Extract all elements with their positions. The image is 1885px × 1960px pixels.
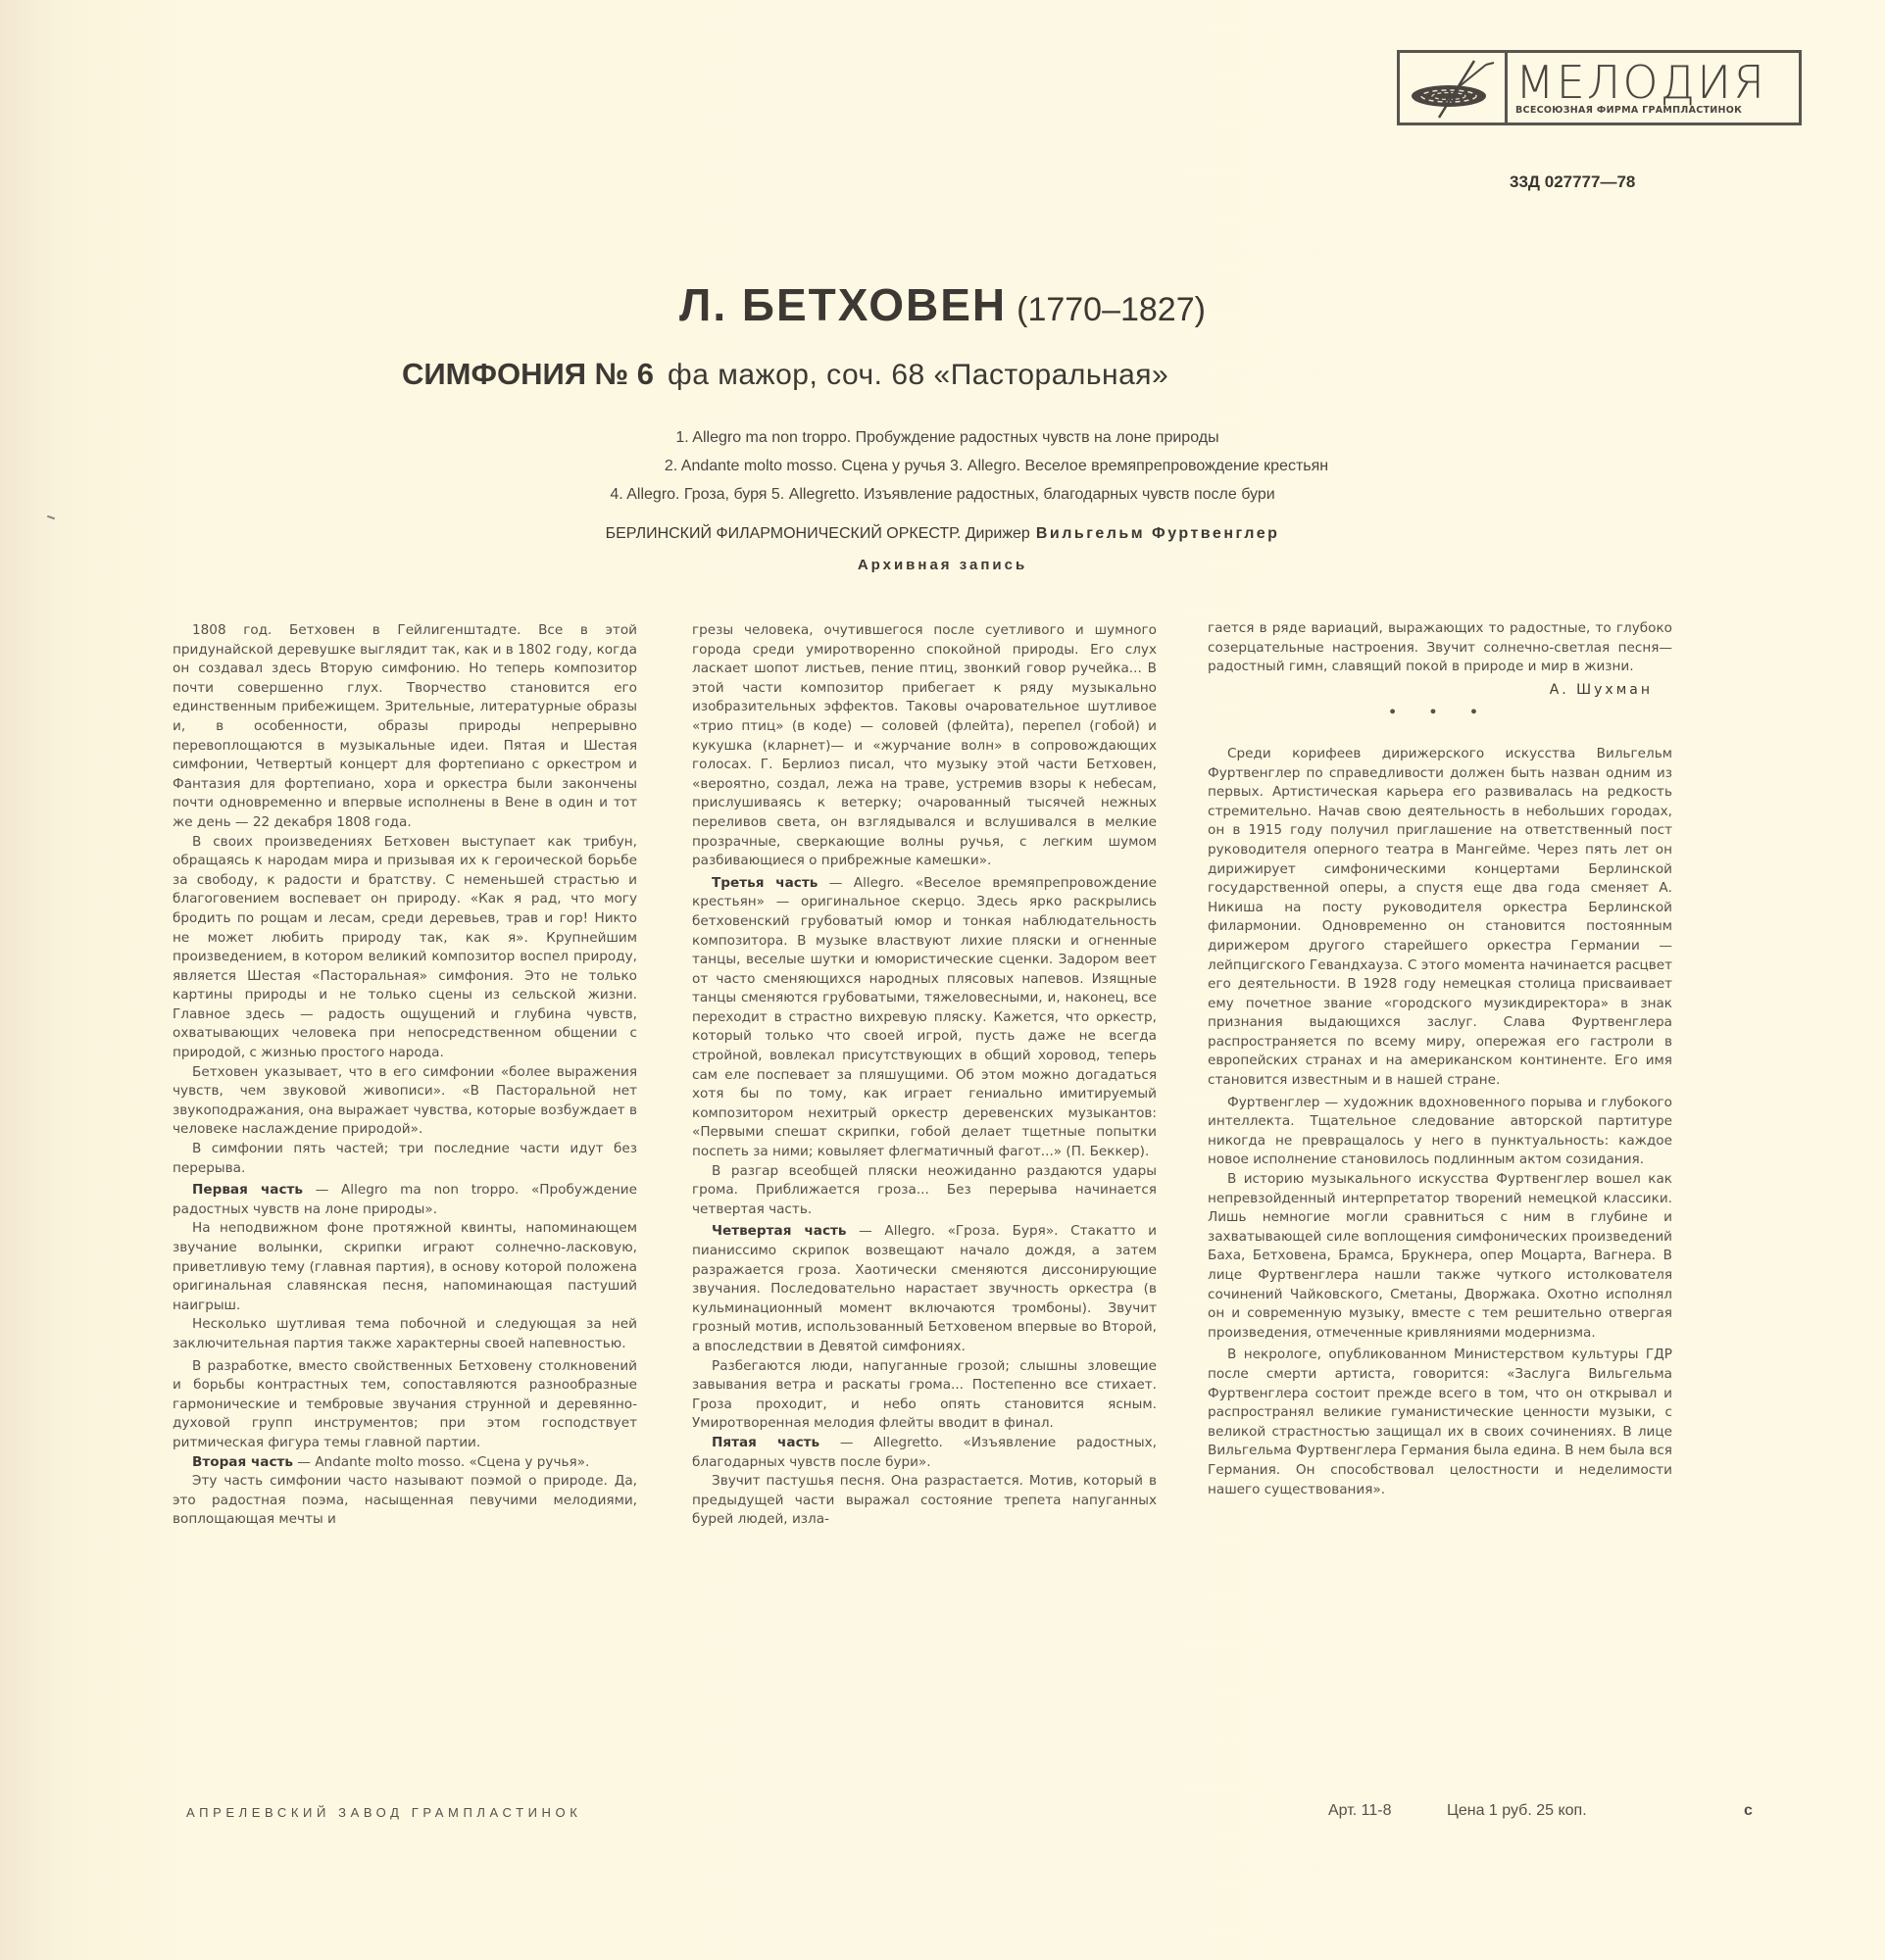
work-title: СИМФОНИЯ № 6фа мажор, соч. 68 «Пастораль… [402, 357, 1168, 392]
archive-note: Архивная запись [0, 557, 1885, 573]
performers-line: БЕРЛИНСКИЙ ФИЛАРМОНИЧЕСКИЙ ОРКЕСТР. Дири… [0, 525, 1885, 543]
paragraph: Несколько шутливая тема побочной и следу… [173, 1315, 637, 1353]
paragraph: Среди корифеев дирижерского искусства Ви… [1208, 745, 1672, 1091]
paragraph: гается в ряде вариаций, выражающих то ра… [1208, 619, 1672, 677]
paragraph: В некрологе, опубликованном Министерство… [1208, 1346, 1672, 1499]
paragraph: Четвертая часть — Allegro. «Гроза. Буря»… [692, 1222, 1157, 1356]
article-column-2: грезы человека, очутившегося после суетл… [692, 621, 1157, 1530]
article-column-3: гается в ряде вариаций, выражающих то ра… [1208, 619, 1672, 1499]
scan-speck [47, 515, 55, 520]
movement-line: 1. Allegro ma non troppo. Пробуждение ра… [0, 423, 1885, 452]
conductor-name: Вильгельм Фуртвенглер [1036, 525, 1280, 542]
composer-years: (1770–1827) [1017, 291, 1206, 328]
section-label: Третья часть [712, 875, 818, 891]
section-label: Четвертая часть [712, 1223, 847, 1239]
movements-list: 1. Allegro ma non troppo. Пробуждение ра… [0, 423, 1885, 509]
section-label: Вторая часть [192, 1454, 293, 1470]
brand-subtitle: ВСЕСОЮЗНАЯ ФИРМА ГРАМПЛАСТИНОК [1515, 105, 1799, 116]
price: Цена 1 руб. 25 коп. [1447, 1802, 1587, 1820]
record-with-tonearm-icon [1400, 53, 1508, 122]
paragraph: В разгар всеобщей пляски неожиданно разд… [692, 1162, 1157, 1220]
melodiya-logo: МЕЛОДИЯ ВСЕСОЮЗНАЯ ФИРМА ГРАМПЛАСТИНОК [1397, 50, 1802, 125]
paragraph: В разработке, вместо свойственных Бетхов… [173, 1357, 637, 1453]
symphony-title: СИМФОНИЯ № 6 [402, 357, 654, 391]
paragraph: Пятая часть — Allegretto. «Изъявление ра… [692, 1434, 1157, 1472]
paragraph: Первая часть — Allegro ma non troppo. «П… [173, 1181, 637, 1219]
composer-heading: Л. БЕТХОВЕН(1770–1827) [0, 278, 1885, 331]
article-column-1: 1808 год. Бетховен в Гейлигенштадте. Все… [173, 621, 637, 1530]
author-signature: А. Шухман [1208, 681, 1672, 701]
paragraph: В своих произведениях Бетховен выступает… [173, 833, 637, 1063]
orchestra-name: БЕРЛИНСКИЙ ФИЛАРМОНИЧЕСКИЙ ОРКЕСТР. Дири… [606, 525, 1030, 542]
key-opus: фа мажор, соч. 68 «Пасторальная» [668, 359, 1168, 391]
section-separator: • • • [1208, 704, 1672, 723]
section-label: Первая часть [192, 1182, 303, 1198]
paragraph: Вторая часть — Andante molto mosso. «Сце… [173, 1453, 637, 1473]
paragraph: Третья часть — Allegro. «Веселое времяпр… [692, 874, 1157, 1162]
paragraph: На неподвижном фоне протяжной квинты, на… [173, 1219, 637, 1315]
movement-line: 2. Andante molto mosso. Сцена у ручья 3.… [0, 452, 1885, 480]
footer-mark: c [1744, 1802, 1753, 1820]
brand-name: МЕЛОДИЯ [1515, 60, 1799, 105]
paragraph: Фуртвенглер — художник вдохновенного пор… [1208, 1094, 1672, 1170]
paragraph: 1808 год. Бетховен в Гейлигенштадте. Все… [173, 621, 637, 833]
movement-line: 4. Allegro. Гроза, буря 5. Allegretto. И… [0, 480, 1885, 509]
paragraph: В историю музыкального искусства Фуртвен… [1208, 1170, 1672, 1343]
paragraph: Звучит пастушья песня. Она разрастается.… [692, 1472, 1157, 1530]
paragraph: Бетховен указывает, что в его симфонии «… [173, 1063, 637, 1140]
paragraph: Разбегаются люди, напуганные грозой; слы… [692, 1357, 1157, 1434]
article-number: Арт. 11-8 [1328, 1802, 1392, 1820]
paragraph: В симфонии пять частей; три последние ча… [173, 1140, 637, 1178]
section-label: Пятая часть [712, 1435, 819, 1450]
catalog-number: 33Д 027777—78 [1510, 172, 1635, 192]
composer-name: Л. БЕТХОВЕН [679, 279, 1007, 330]
paragraph: Эту часть симфонии часто называют поэмой… [173, 1472, 637, 1530]
paragraph: грезы человека, очутившегося после суетл… [692, 621, 1157, 871]
manufacturer: АПРЕЛЕВСКИЙ ЗАВОД ГРАМПЛАСТИНОК [186, 1805, 581, 1820]
